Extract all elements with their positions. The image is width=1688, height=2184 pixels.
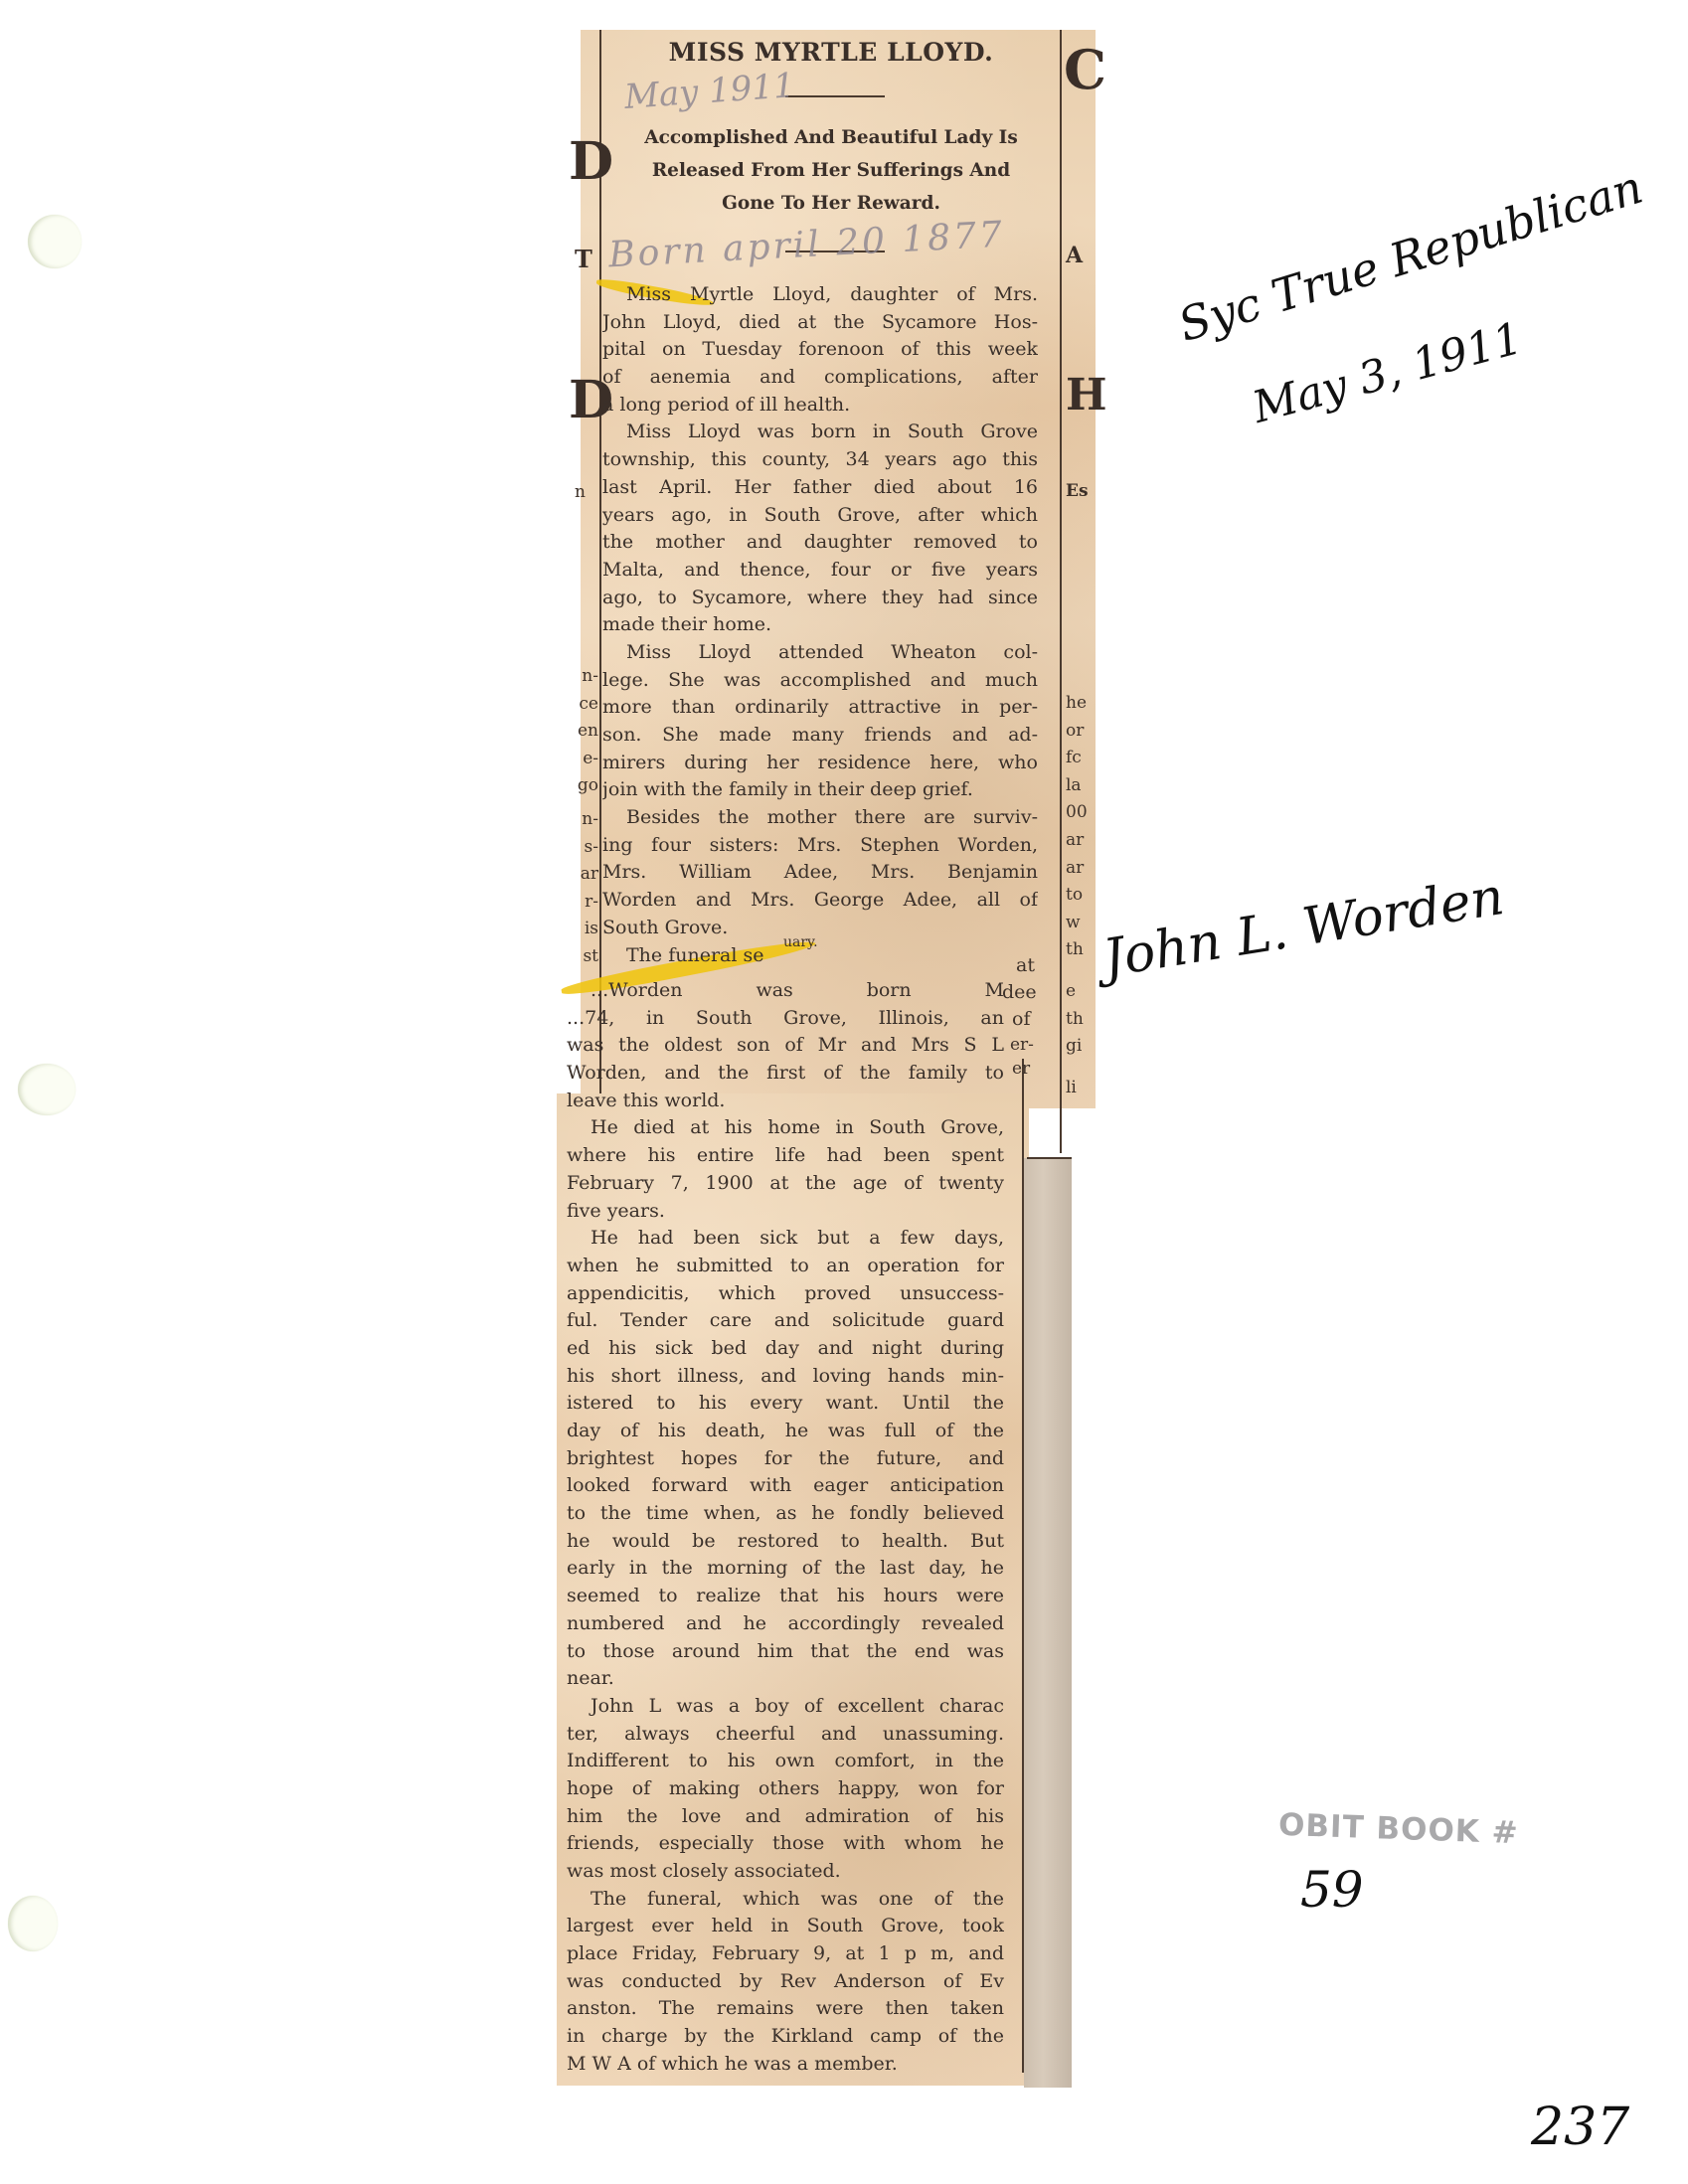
article-line: Miss Myrtle Lloyd, daughter of Mrs. bbox=[602, 281, 1038, 309]
article-line: to those around him that the end was bbox=[567, 1638, 1004, 1666]
binder-hole-bottom bbox=[8, 1896, 58, 1951]
right-fragment-c: C bbox=[1064, 38, 1106, 101]
article-line: near. bbox=[567, 1665, 1004, 1693]
left-fragment-n: n bbox=[575, 479, 586, 507]
overlap-fragment-at: at bbox=[1016, 952, 1035, 980]
john-worden-article-body: ...Worden was born M...74, in South Grov… bbox=[567, 977, 1004, 2079]
article-line: Miss Lloyd was born in South Grove bbox=[602, 419, 1038, 446]
article-line: made their home. bbox=[602, 611, 1038, 639]
article-line: appendicitis, which proved unsuccess- bbox=[567, 1280, 1004, 1308]
article-line: ter, always cheerful and unassuming. bbox=[567, 1721, 1004, 1749]
article-line: Besides the mother there are surviv- bbox=[602, 804, 1038, 832]
article-line: numbered and he accordingly revealed bbox=[567, 1610, 1004, 1638]
article-line: the mother and daughter removed to bbox=[602, 529, 1038, 557]
article-line: John L was a boy of excellent charac bbox=[567, 1693, 1004, 1721]
article-line: The funeral se bbox=[602, 942, 1038, 970]
article-line: South Grove. bbox=[602, 915, 1038, 942]
right-fragment-h: H bbox=[1066, 370, 1107, 420]
article-line: years ago, in South Grove, after which bbox=[602, 502, 1038, 530]
article-line: him the love and admiration of his bbox=[567, 1803, 1004, 1831]
article-line: he would be restored to health. But bbox=[567, 1528, 1004, 1556]
article-line: Worden and Mrs. George Adee, all of bbox=[602, 887, 1038, 915]
backing-strip bbox=[1024, 1158, 1072, 2088]
article-line: ing four sisters: Mrs. Stephen Worden, bbox=[602, 832, 1038, 860]
article-line: ed his sick bed day and night during bbox=[567, 1335, 1004, 1363]
article-line: to the time when, as he fondly believed bbox=[567, 1500, 1004, 1528]
right-fragment-a: A bbox=[1066, 243, 1083, 268]
myrtle-lloyd-article-body: Miss Myrtle Lloyd, daughter of Mrs.John … bbox=[602, 281, 1038, 969]
article-line: hope of making others happy, won for bbox=[567, 1775, 1004, 1803]
handwritten-name: John L. Worden bbox=[1099, 867, 1508, 989]
article-line: looked forward with eager anticipation bbox=[567, 1472, 1004, 1500]
article-line: ...Worden was born M bbox=[567, 977, 1004, 1005]
article-line: John Lloyd, died at the Sycamore Hos- bbox=[602, 309, 1038, 337]
article-line: son. She made many friends and ad- bbox=[602, 722, 1038, 750]
article-line: township, this county, 34 years ago this bbox=[602, 446, 1038, 474]
binder-hole-middle bbox=[18, 1064, 76, 1115]
deck-line: Released From Her Sufferings And bbox=[602, 154, 1060, 187]
headline-rule-1 bbox=[785, 95, 885, 97]
column-rule-right bbox=[1060, 30, 1062, 1153]
overlap-fragment-er2: er bbox=[1012, 1056, 1030, 1084]
article-line: when he submitted to an operation for bbox=[567, 1253, 1004, 1280]
article-line: join with the family in their deep grief… bbox=[602, 776, 1038, 804]
article-line: anston. The remains were then taken bbox=[567, 1995, 1004, 2023]
article-headline: MISS MYRTLE LLOYD. bbox=[602, 38, 1060, 67]
page-number: 237 bbox=[1531, 2098, 1629, 2157]
article-line: where his entire life had been spent bbox=[567, 1142, 1004, 1170]
article-line: friends, especially those with whom he bbox=[567, 1830, 1004, 1858]
column-rule-overlap bbox=[1022, 1059, 1024, 2073]
article-line: early in the morning of the last day, he bbox=[567, 1555, 1004, 1583]
overlap-fragment-dee: dee bbox=[1002, 979, 1037, 1007]
left-fragment-column: n- ce en e- go n- s- ar r- is st bbox=[565, 663, 598, 971]
article-line: last April. Her father died about 16 bbox=[602, 474, 1038, 502]
article-line: brightest hopes for the future, and bbox=[567, 1445, 1004, 1473]
article-line: Mrs. William Adee, Mrs. Benjamin bbox=[602, 859, 1038, 887]
article-line: pital on Tuesday forenoon of this week bbox=[602, 336, 1038, 364]
overlap-fragment-uary: uary. bbox=[783, 929, 818, 957]
left-fragment-t: T bbox=[575, 245, 592, 273]
strip-rule bbox=[1027, 1157, 1072, 1159]
article-line: ful. Tender care and solicitude guard bbox=[567, 1307, 1004, 1335]
article-line: largest ever held in South Grove, took bbox=[567, 1913, 1004, 1940]
article-deck: Accomplished And Beautiful Lady Is Relea… bbox=[602, 121, 1060, 220]
article-line: ago, to Sycamore, where they had since bbox=[602, 585, 1038, 612]
article-line: He had been sick but a few days, bbox=[567, 1225, 1004, 1253]
article-line: of aenemia and complications, after bbox=[602, 364, 1038, 392]
article-line: five years. bbox=[567, 1198, 1004, 1226]
right-fragment-column: he or fc la 00 ar ar to w th e th gi li bbox=[1066, 690, 1096, 1101]
article-line: Indifferent to his own comfort, in the bbox=[567, 1748, 1004, 1775]
article-line: a long period of ill health. bbox=[602, 392, 1038, 420]
overlap-fragment-of: of bbox=[1012, 1006, 1030, 1034]
article-line: was most closely associated. bbox=[567, 1858, 1004, 1886]
article-line: February 7, 1900 at the age of twenty bbox=[567, 1170, 1004, 1198]
article-line: was conducted by Rev Anderson of Ev bbox=[567, 1968, 1004, 1996]
article-line: day of his death, he was full of the bbox=[567, 1418, 1004, 1445]
article-line: was the oldest son of Mr and Mrs S L bbox=[567, 1032, 1004, 1060]
article-line: his short illness, and loving hands min- bbox=[567, 1363, 1004, 1391]
article-line: more than ordinarily attractive in per- bbox=[602, 694, 1038, 722]
handwritten-publication-date: May 3, 1911 bbox=[1248, 313, 1528, 433]
binder-hole-top bbox=[28, 215, 82, 268]
article-line: The funeral, which was one of the bbox=[567, 1886, 1004, 1914]
article-line: Worden, and the first of the family to bbox=[567, 1060, 1004, 1088]
article-line: lege. She was accomplished and much bbox=[602, 667, 1038, 695]
article-line: M W A of which he was a member. bbox=[567, 2051, 1004, 2079]
article-line: Miss Lloyd attended Wheaton col- bbox=[602, 639, 1038, 667]
right-fragment-es: Es bbox=[1066, 481, 1089, 501]
obit-book-number: 59 bbox=[1300, 1861, 1364, 1919]
article-line: seemed to realize that his hours were bbox=[567, 1583, 1004, 1610]
obit-book-stamp: OBIT BOOK # bbox=[1277, 1807, 1519, 1851]
article-line: in charge by the Kirkland camp of the bbox=[567, 2023, 1004, 2051]
article-line: ...74, in South Grove, Illinois, an bbox=[567, 1005, 1004, 1033]
article-line: istered to his every want. Until the bbox=[567, 1390, 1004, 1418]
article-line: place Friday, February 9, at 1 p m, and bbox=[567, 1940, 1004, 1968]
handwritten-newspaper-source: Syc True Republican bbox=[1172, 160, 1648, 352]
article-line: mirers during her residence here, who bbox=[602, 750, 1038, 777]
article-line: leave this world. bbox=[567, 1088, 1004, 1115]
article-line: Malta, and thence, four or five years bbox=[602, 557, 1038, 585]
article-line: He died at his home in South Grove, bbox=[567, 1114, 1004, 1142]
deck-line: Accomplished And Beautiful Lady Is bbox=[602, 121, 1060, 154]
